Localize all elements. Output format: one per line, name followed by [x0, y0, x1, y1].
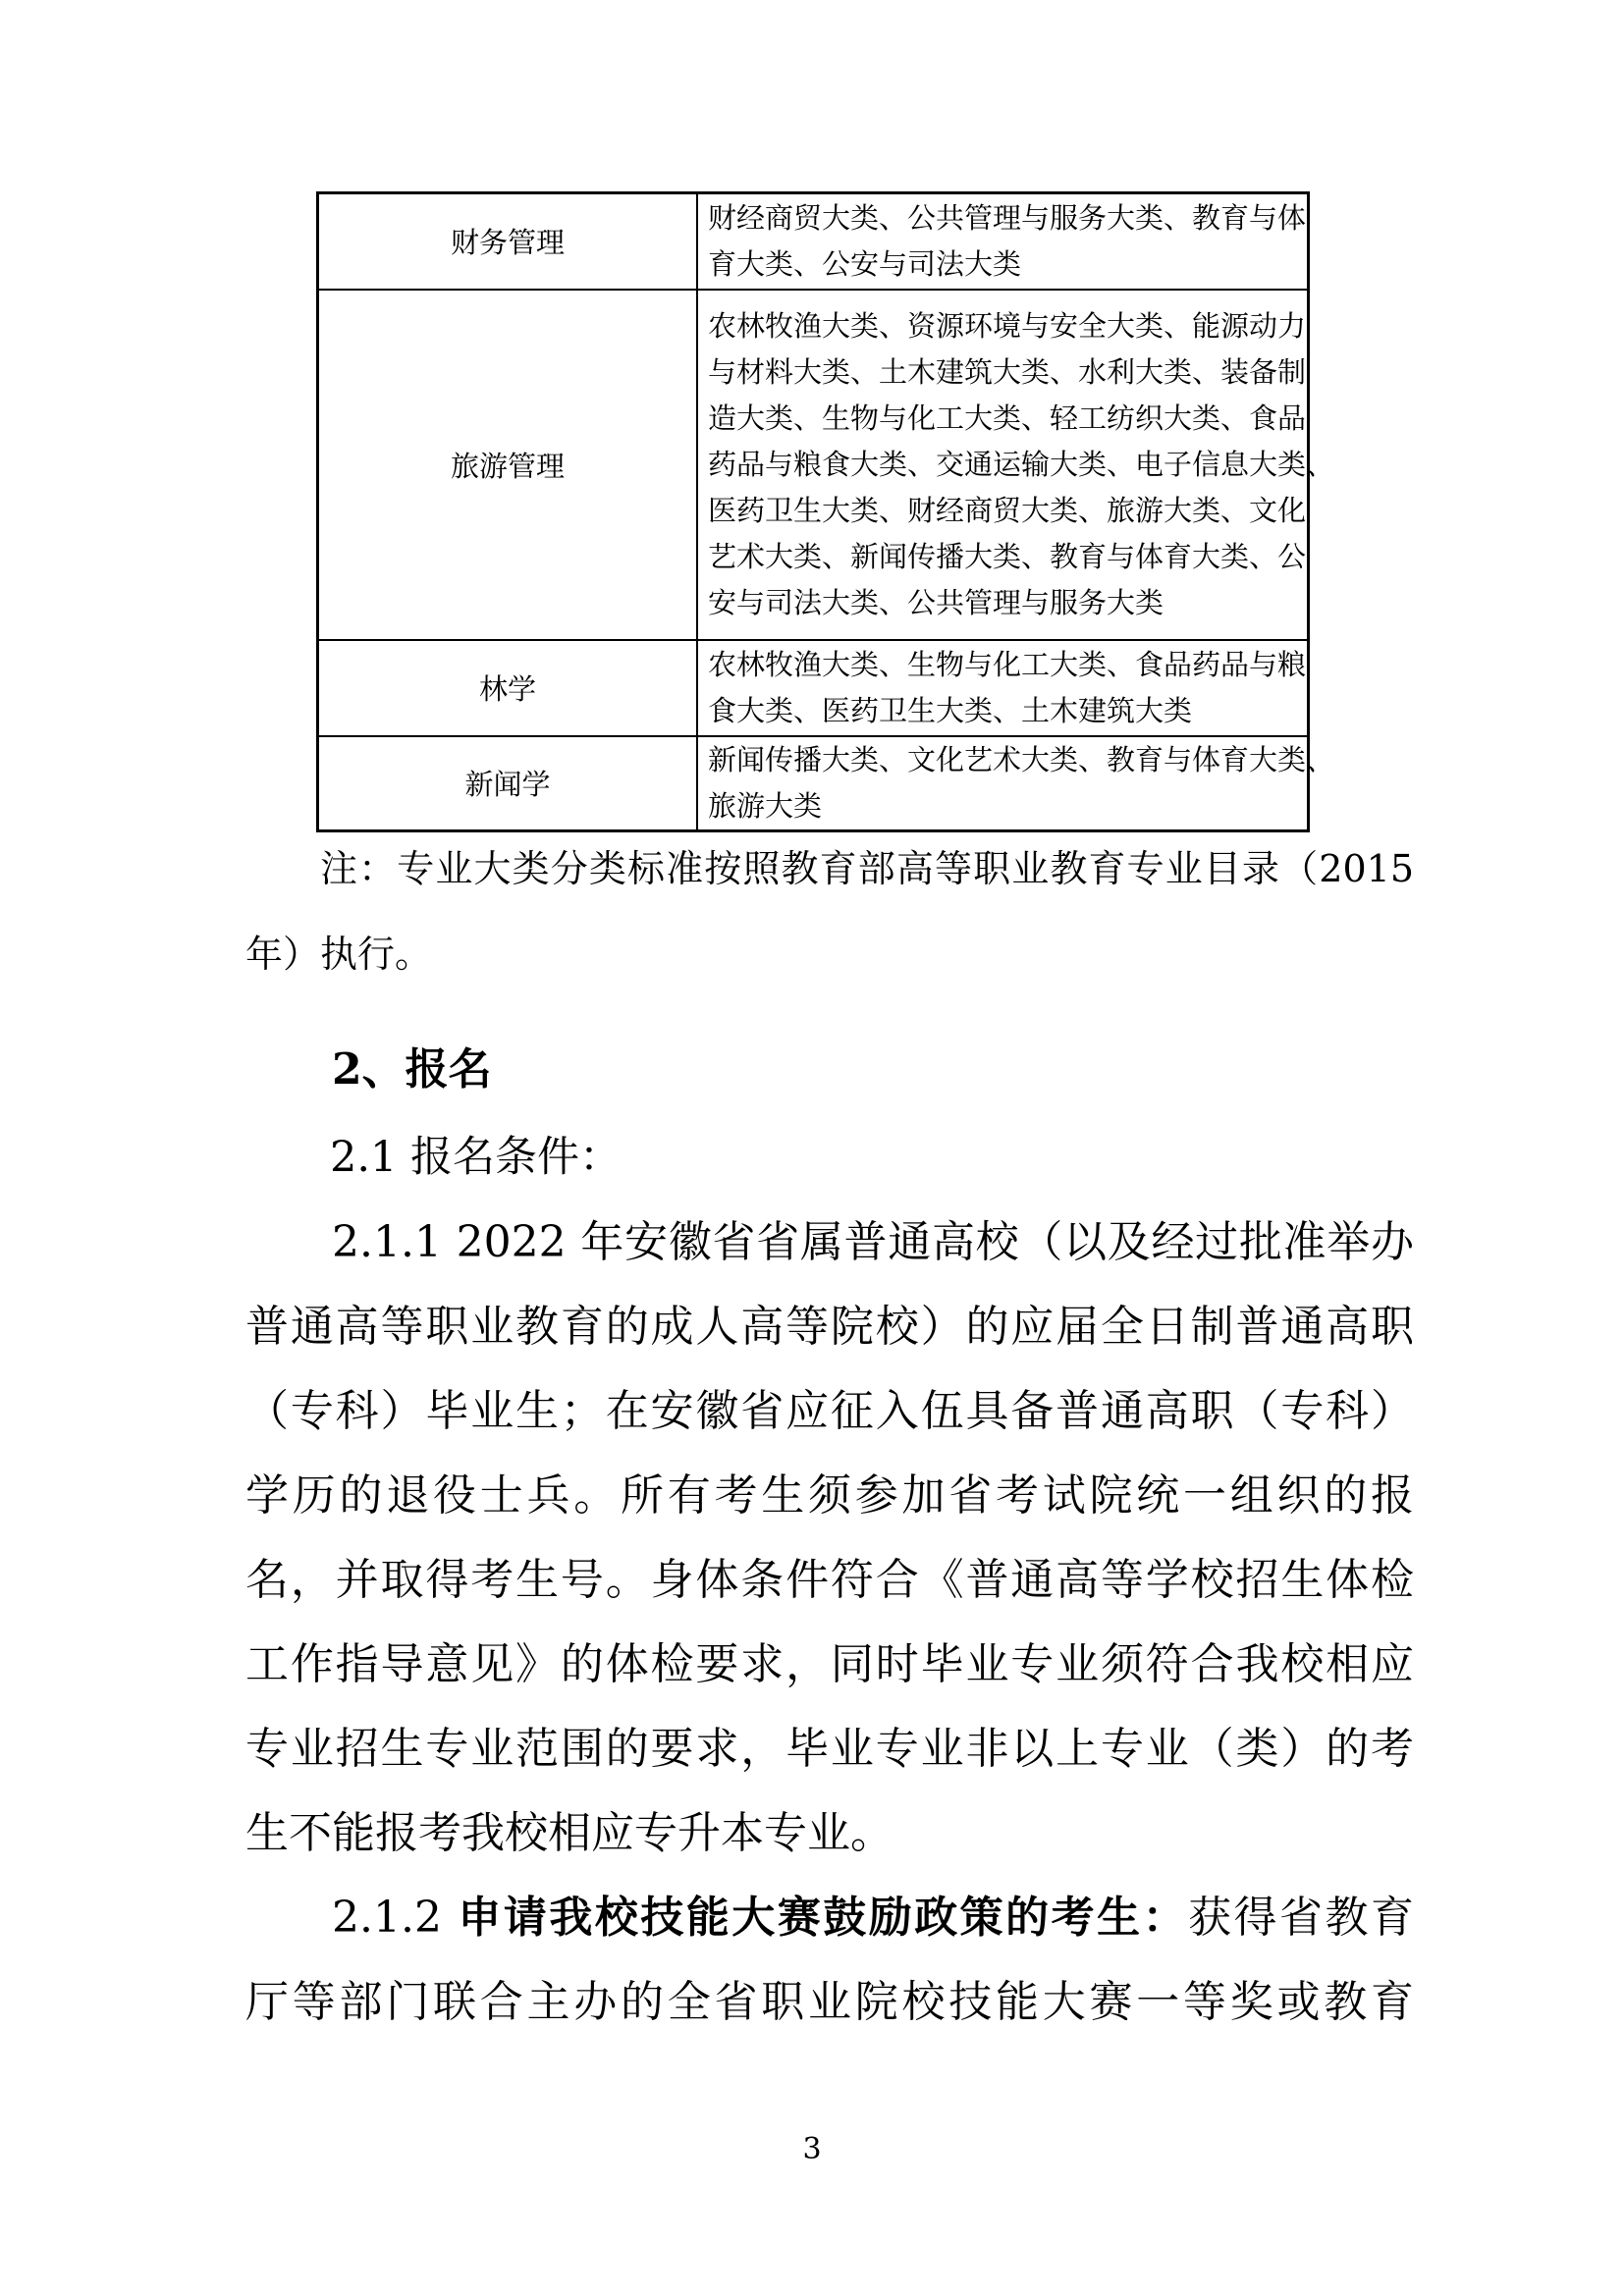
paragraph-line: 厅等部门联合主办的全省职业院校技能大赛一等奖或教育: [245, 1960, 1414, 2045]
categories-cell: 农林牧渔大类、生物与化工大类、食品药品与粮 食大类、医药卫生大类、土木建筑大类: [697, 640, 1309, 736]
note-line: 年）执行。: [245, 912, 1414, 997]
categories-line: 新闻传播大类、文化艺术大类、教育与体育大类、: [708, 737, 1297, 783]
categories-cell: 农林牧渔大类、资源环境与安全大类、能源动力 与材料大类、土木建筑大类、水利大类、…: [697, 290, 1309, 640]
paragraph-text: 获得省教育: [1188, 1893, 1414, 1943]
paragraph-line: 学历的退役士兵。所有考生须参加省考试院统一组织的报: [245, 1454, 1414, 1538]
table-row-tourism-management: 旅游管理 农林牧渔大类、资源环境与安全大类、能源动力 与材料大类、土木建筑大类、…: [318, 290, 1309, 640]
subheading-text: 2.1 报名条件：: [245, 1115, 1414, 1201]
paragraph-line: 2.1.2 申请我校技能大赛鼓励政策的考生：获得省教育: [245, 1876, 1414, 1960]
table-row-finance-management: 财务管理 财经商贸大类、公共管理与服务大类、教育与体 育大类、公安与司法大类: [318, 193, 1309, 290]
subsection-heading-conditions: 2.1 报名条件：: [245, 1115, 1414, 1201]
major-name-cell: 林学: [318, 640, 698, 736]
categories-line: 旅游大类: [708, 783, 1297, 829]
categories-line: 育大类、公安与司法大类: [708, 241, 1297, 288]
major-name: 财务管理: [451, 226, 565, 259]
paragraph-2-1-2: 2.1.2 申请我校技能大赛鼓励政策的考生：获得省教育 厅等部门联合主办的全省职…: [245, 1876, 1414, 2045]
categories-line: 安与司法大类、公共管理与服务大类: [708, 580, 1297, 626]
major-name-cell: 旅游管理: [318, 290, 698, 640]
paragraph-line: 名，并取得考生号。身体条件符合《普通高等学校招生体检: [245, 1538, 1414, 1623]
major-name-cell: 财务管理: [318, 193, 698, 290]
categories-cell: 财经商贸大类、公共管理与服务大类、教育与体 育大类、公安与司法大类: [697, 193, 1309, 290]
categories-line: 艺术大类、新闻传播大类、教育与体育大类、公: [708, 534, 1297, 580]
paragraph-line: 普通高等职业教育的成人高等院校）的应届全日制普通高职: [245, 1285, 1414, 1369]
table-note-paragraph: 注：专业大类分类标准按照教育部高等职业教育专业目录（2015 年）执行。: [245, 827, 1414, 997]
categories-line: 药品与粮食大类、交通运输大类、电子信息大类、: [708, 442, 1297, 488]
categories-line: 农林牧渔大类、资源环境与安全大类、能源动力: [708, 303, 1297, 349]
categories-line: 农林牧渔大类、生物与化工大类、食品药品与粮: [708, 642, 1297, 688]
categories-line: 造大类、生物与化工大类、轻工纺织大类、食品: [708, 396, 1297, 442]
document-page: 财务管理 财经商贸大类、公共管理与服务大类、教育与体 育大类、公安与司法大类 旅…: [0, 0, 1624, 2296]
page-number: 3: [0, 2120, 1624, 2179]
paragraph-line: 工作指导意见》的体检要求，同时毕业专业须符合我校相应: [245, 1623, 1414, 1707]
note-line: 注：专业大类分类标准按照教育部高等职业教育专业目录（2015: [245, 827, 1414, 912]
bold-lead-in: 申请我校技能大赛鼓励政策的考生：: [458, 1893, 1188, 1943]
majors-table: 财务管理 财经商贸大类、公共管理与服务大类、教育与体 育大类、公安与司法大类 旅…: [316, 191, 1310, 832]
categories-line: 食大类、医药卫生大类、土木建筑大类: [708, 688, 1297, 734]
table-row-forestry: 林学 农林牧渔大类、生物与化工大类、食品药品与粮 食大类、医药卫生大类、土木建筑…: [318, 640, 1309, 736]
paragraph-line: 2.1.1 2022 年安徽省省属普通高校（以及经过批准举办: [245, 1201, 1414, 1285]
paragraph-number: 2.1.2: [332, 1893, 458, 1943]
categories-line: 与材料大类、土木建筑大类、水利大类、装备制: [708, 349, 1297, 396]
paragraph-line: （专科）毕业生；在安徽省应征入伍具备普通高职（专科）: [245, 1369, 1414, 1454]
major-name-cell: 新闻学: [318, 736, 698, 831]
paragraph-line: 专业招生专业范围的要求，毕业专业非以上专业（类）的考: [245, 1707, 1414, 1791]
heading-text: 2、报名: [245, 1027, 1414, 1112]
categories-line: 医药卫生大类、财经商贸大类、旅游大类、文化: [708, 488, 1297, 534]
major-name: 新闻学: [464, 768, 550, 801]
paragraph-line: 生不能报考我校相应专升本专业。: [245, 1791, 1414, 1876]
paragraph-2-1-1: 2.1.1 2022 年安徽省省属普通高校（以及经过批准举办 普通高等职业教育的…: [245, 1201, 1414, 1876]
section-heading-registration: 2、报名: [245, 1027, 1414, 1112]
table-row-journalism: 新闻学 新闻传播大类、文化艺术大类、教育与体育大类、 旅游大类: [318, 736, 1309, 831]
categories-cell: 新闻传播大类、文化艺术大类、教育与体育大类、 旅游大类: [697, 736, 1309, 831]
major-name: 林学: [479, 672, 536, 706]
categories-line: 财经商贸大类、公共管理与服务大类、教育与体: [708, 195, 1297, 241]
major-name: 旅游管理: [451, 450, 565, 483]
